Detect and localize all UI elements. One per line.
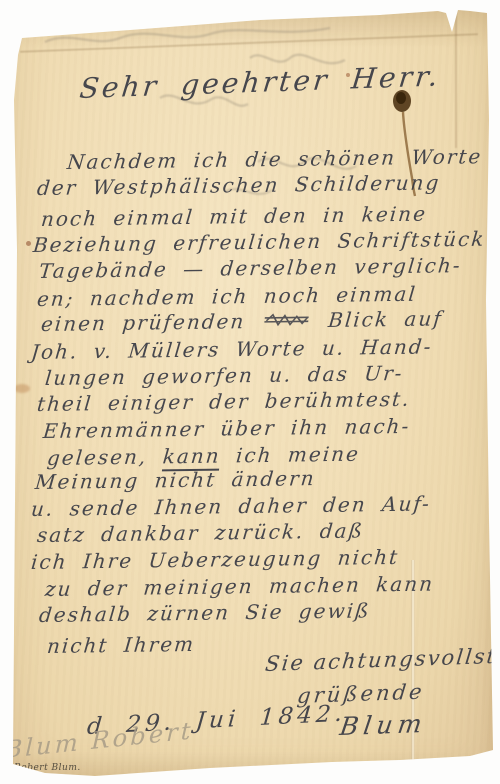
letter-line: Meinung nicht ändern xyxy=(34,466,317,494)
salutation: Sehr geehrter Herr. xyxy=(78,59,442,105)
letter-line: Ehrenmänner über ihn nach- xyxy=(42,414,411,443)
letter-line-text: gelesen, xyxy=(46,445,149,470)
letter-line: u. sende Ihnen daher den Auf- xyxy=(30,491,432,521)
letter-line: Beziehung erfreulichen Schriftstück xyxy=(32,227,487,257)
closing-line: Sie achtungsvollst xyxy=(264,644,498,676)
letter-line-text: ich meine xyxy=(235,442,361,468)
top-fold-crease xyxy=(20,33,478,53)
letter-line: lungen geworfen u. das Ur- xyxy=(44,361,405,390)
letter-line-with-correction: einen prüfenden Blick auf xyxy=(40,306,444,336)
letter-line: zu der meinigen machen kann xyxy=(44,572,435,601)
letter-line-text: Blick auf xyxy=(327,306,444,332)
scanned-letter-page: Sehr geehrter Herr. Nachdem ich die schö… xyxy=(0,0,500,784)
letter-line: theil einiger der berühmtest. xyxy=(36,387,412,416)
letter-line: Joh. v. Müllers Worte u. Hand- xyxy=(30,334,434,364)
stain-speck xyxy=(26,241,31,246)
stain-smudge xyxy=(14,384,30,393)
letter-line: satz dankbar zurück. daß xyxy=(36,518,365,547)
letter-line: Nachdem ich die schönen Worte xyxy=(66,144,483,174)
letter-line-text: einen prüfenden xyxy=(40,309,247,336)
crossed-out-word xyxy=(264,308,310,333)
letter-line: der Westphälischen Schilderung xyxy=(36,170,442,200)
letter-line: nicht Ihrem xyxy=(46,632,196,658)
letter-line: ich Ihre Ueberzeugung nicht xyxy=(30,545,400,574)
archive-caption: Robert Blum. xyxy=(14,763,81,773)
letter-line: Tagebände — derselben verglich- xyxy=(38,253,463,283)
letter-line: noch einmal mit den in keine xyxy=(40,202,428,231)
letter-paper: Sehr geehrter Herr. Nachdem ich die schö… xyxy=(0,0,500,784)
letter-line: deshalb zürnen Sie gewiß xyxy=(38,598,372,627)
signature: Blum xyxy=(338,709,429,741)
right-tear-crease xyxy=(455,8,457,148)
